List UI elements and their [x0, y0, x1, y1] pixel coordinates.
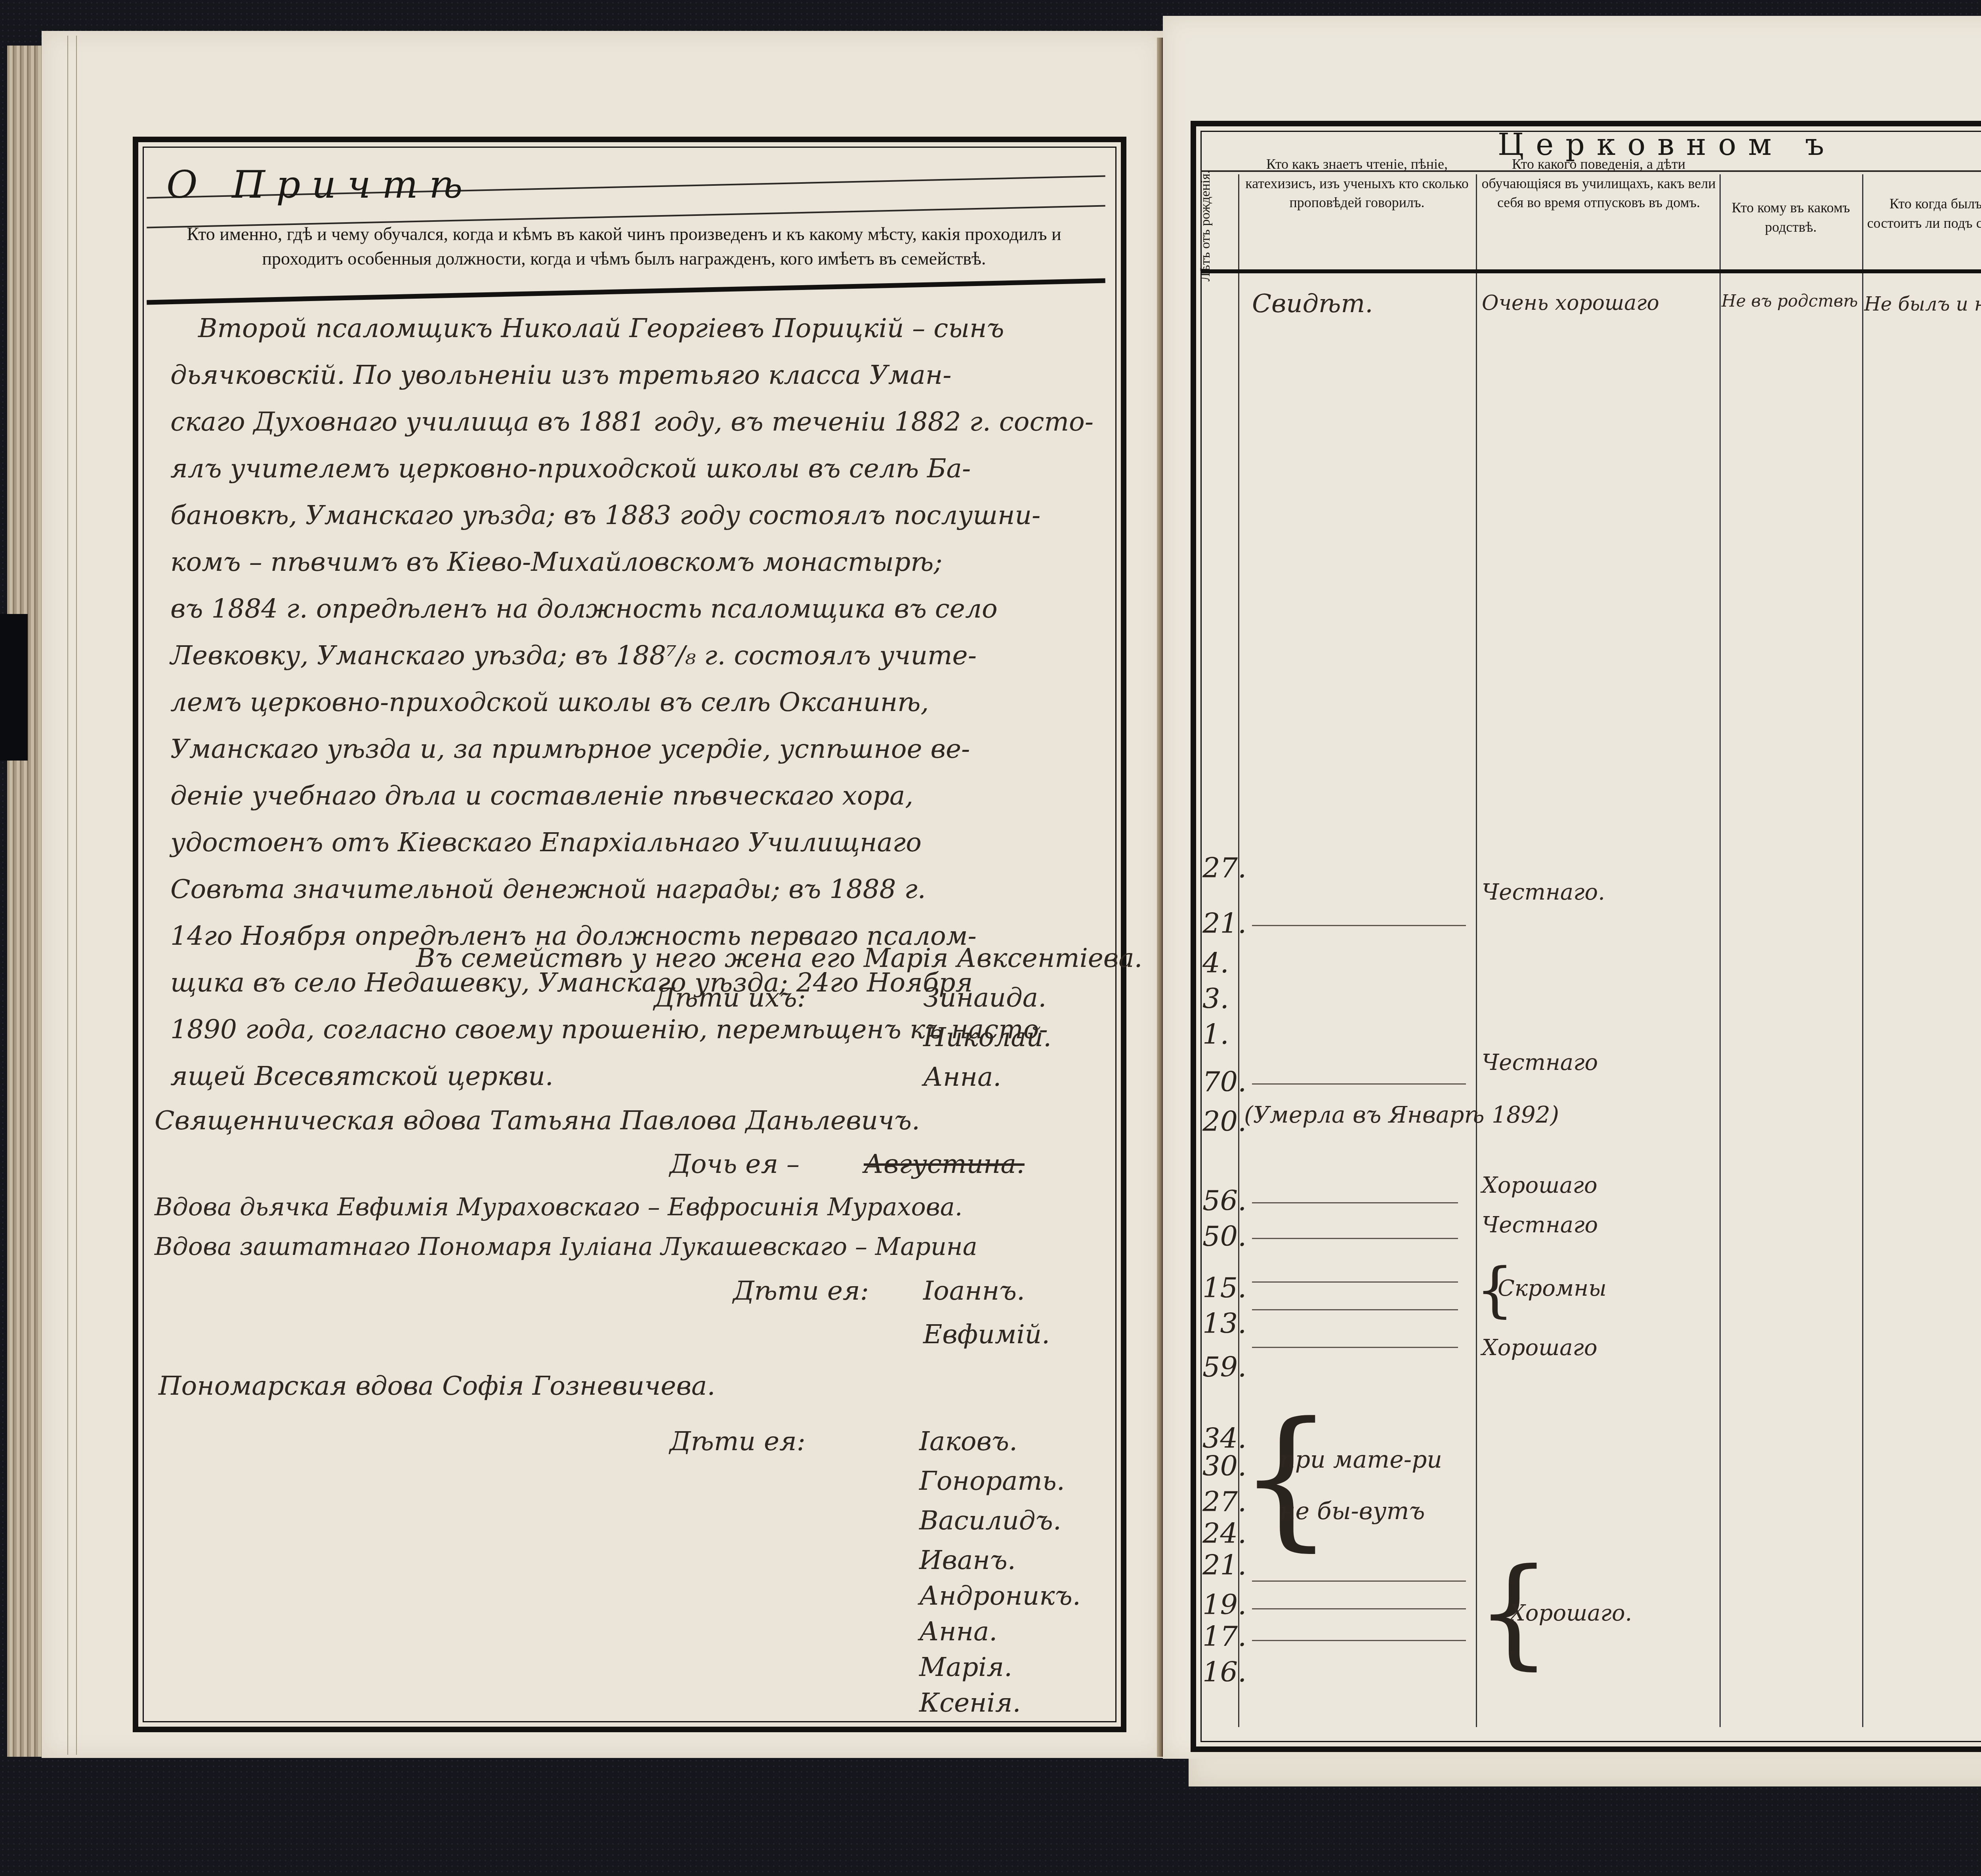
ditto-mark	[1252, 1238, 1458, 1239]
column-header-age: Лѣтъ отъ рожденія.	[1197, 166, 1215, 285]
daughter-prefix: Дочь ея –	[670, 1149, 800, 1179]
age-value: 50.	[1202, 1220, 1246, 1253]
child-name: Андроникъ.	[919, 1580, 1081, 1611]
children-prefix: Дѣти ея:	[670, 1426, 805, 1457]
widow-entry: Пономарская вдова Софія Гозневичева.	[158, 1371, 715, 1401]
ditto-mark	[1252, 1608, 1466, 1609]
behavior-value: Честнаго	[1482, 1212, 1598, 1238]
widow-entry: Священническая вдова Татьяна Павлова Дан…	[155, 1105, 920, 1136]
bio-line: Левковку, Уманскаго уѣзда; въ 188⁷/₈ г. …	[170, 632, 1109, 679]
bio-line: дьячковскій. По увольненіи изъ третьяго …	[170, 352, 1109, 398]
header-bottom-rule	[1200, 269, 1981, 273]
ditto-mark	[1252, 1281, 1458, 1283]
child-name: Іаковъ.	[919, 1426, 1017, 1457]
column-divider	[1476, 174, 1477, 1727]
ditto-mark	[1252, 1309, 1458, 1310]
death-note: (Умерла въ Январѣ 1892)	[1244, 1101, 1559, 1128]
ditto-mark	[1252, 1347, 1458, 1348]
age-value: 59.	[1202, 1351, 1246, 1383]
ditto-mark	[1252, 925, 1466, 926]
behavior-value: Скромны	[1498, 1275, 1607, 1301]
child-name: Василидъ.	[919, 1505, 1061, 1536]
child-name: Зинаида.	[923, 982, 1046, 1013]
column-divider	[1862, 174, 1863, 1727]
children-prefix: Дѣти ихъ:	[654, 982, 806, 1013]
age-value: 19.	[1202, 1588, 1246, 1621]
index-tab	[0, 614, 28, 761]
left-margin-rules	[67, 36, 77, 1755]
behavior-value: Честнаго.	[1482, 879, 1605, 905]
child-name: Евфимій.	[923, 1319, 1050, 1350]
column-header-clergy: Кто именно, гдѣ и чему обучался, когда и…	[155, 222, 1094, 271]
widow-entry: Вдова дьячка Евфимія Мураховскаго – Евфр…	[155, 1192, 963, 1221]
kinship-value: Не въ родствѣ	[1721, 291, 1858, 311]
bio-line: въ 1884 г. опредѣленъ на должность псало…	[170, 585, 1109, 632]
column-header-kinship: Кто кому въ какомъ родствѣ.	[1723, 198, 1858, 236]
bio-line: комъ – пѣвчимъ въ Кіево-Михайловскомъ мо…	[170, 539, 1109, 585]
age-value: 27.	[1202, 852, 1246, 884]
age-value: 70.	[1202, 1066, 1246, 1098]
age-value: 4.	[1202, 947, 1229, 979]
behavior-value: Хорошаго	[1482, 1172, 1597, 1198]
bio-line: лемъ церковно-приходской школы въ селѣ О…	[170, 679, 1109, 726]
child-name: Иванъ.	[919, 1545, 1016, 1575]
ditto-mark	[1252, 1083, 1466, 1085]
bio-line: Второй псаломщикъ Николай Георгіевъ Пори…	[170, 305, 1109, 352]
behavior-value: Хорошаго.	[1510, 1600, 1632, 1626]
child-name: Ксенія.	[919, 1687, 1021, 1718]
family-wife: Въ семействѣ у него жена его Марія Авксе…	[416, 943, 1143, 973]
age-value: 3.	[1202, 982, 1229, 1015]
widow-entry: Вдова заштатнаго Пономаря Іуліана Лукаше…	[155, 1232, 977, 1261]
behavior-value: Хорошаго	[1482, 1335, 1597, 1361]
ditto-mark	[1252, 1640, 1466, 1641]
age-value: 1.	[1202, 1018, 1229, 1050]
reading-note-with-mother: при мате-ри не бы-вутъ	[1280, 1434, 1462, 1537]
clergy-biography: Второй псаломщикъ Николай Георгіевъ Пори…	[170, 305, 1109, 1100]
age-value: 15.	[1202, 1272, 1246, 1304]
column-divider	[1720, 174, 1721, 1727]
age-value: 17.	[1202, 1620, 1246, 1653]
children-prefix: Дѣти ея:	[733, 1275, 869, 1306]
bio-line: Совѣта значительной денежной награды; въ…	[170, 866, 1109, 913]
section-title-clergy: О Причтѣ	[166, 162, 474, 207]
child-name: Анна.	[919, 1616, 997, 1647]
ditto-mark	[1252, 1202, 1458, 1203]
daughter-name-struck: Августина.	[864, 1149, 1025, 1179]
column-header-behavior: Кто какого поведенія, а дѣти обучающіяся…	[1480, 154, 1718, 212]
bio-line: деніе учебнаго дѣла и составленіе пѣвчес…	[170, 772, 1109, 819]
bio-line: ялъ учителемъ церковно-приходской школы …	[170, 445, 1109, 492]
child-name: Николай.	[923, 1022, 1052, 1052]
age-value: 13.	[1202, 1307, 1246, 1340]
child-name: Іоаннъ.	[923, 1275, 1025, 1306]
fined-value: Не былъ и не состоитъ	[1864, 293, 1981, 315]
age-value: 21.	[1202, 907, 1246, 940]
age-value: 20.	[1202, 1105, 1246, 1138]
reading-knowledge: Свидѣт.	[1252, 289, 1373, 318]
age-value: 56.	[1202, 1184, 1246, 1217]
child-name: Гонорать.	[919, 1466, 1065, 1496]
child-name: Анна.	[923, 1062, 1001, 1092]
behavior-value: Очень хорошаго	[1482, 291, 1659, 315]
age-value: 16.	[1202, 1656, 1246, 1688]
column-header-fined: Кто когда былъ штрафованъ или не состоит…	[1866, 194, 1981, 233]
ditto-mark	[1252, 1580, 1466, 1582]
child-name: Марія.	[919, 1652, 1012, 1682]
bio-line: Уманскаго уѣзда и, за примѣрное усердіе,…	[170, 726, 1109, 772]
behavior-value: Честнаго	[1482, 1050, 1598, 1075]
bio-line: бановкѣ, Уманскаго уѣзда; въ 1883 году с…	[170, 492, 1109, 539]
column-header-reading: Кто какъ знаетъ чтеніе, пѣніе, катехизис…	[1242, 154, 1472, 212]
bio-line: скаго Духовнаго училища въ 1881 году, въ…	[170, 398, 1109, 445]
bio-line: удостоенъ отъ Кіевскаго Епархіальнаго Уч…	[170, 819, 1109, 866]
